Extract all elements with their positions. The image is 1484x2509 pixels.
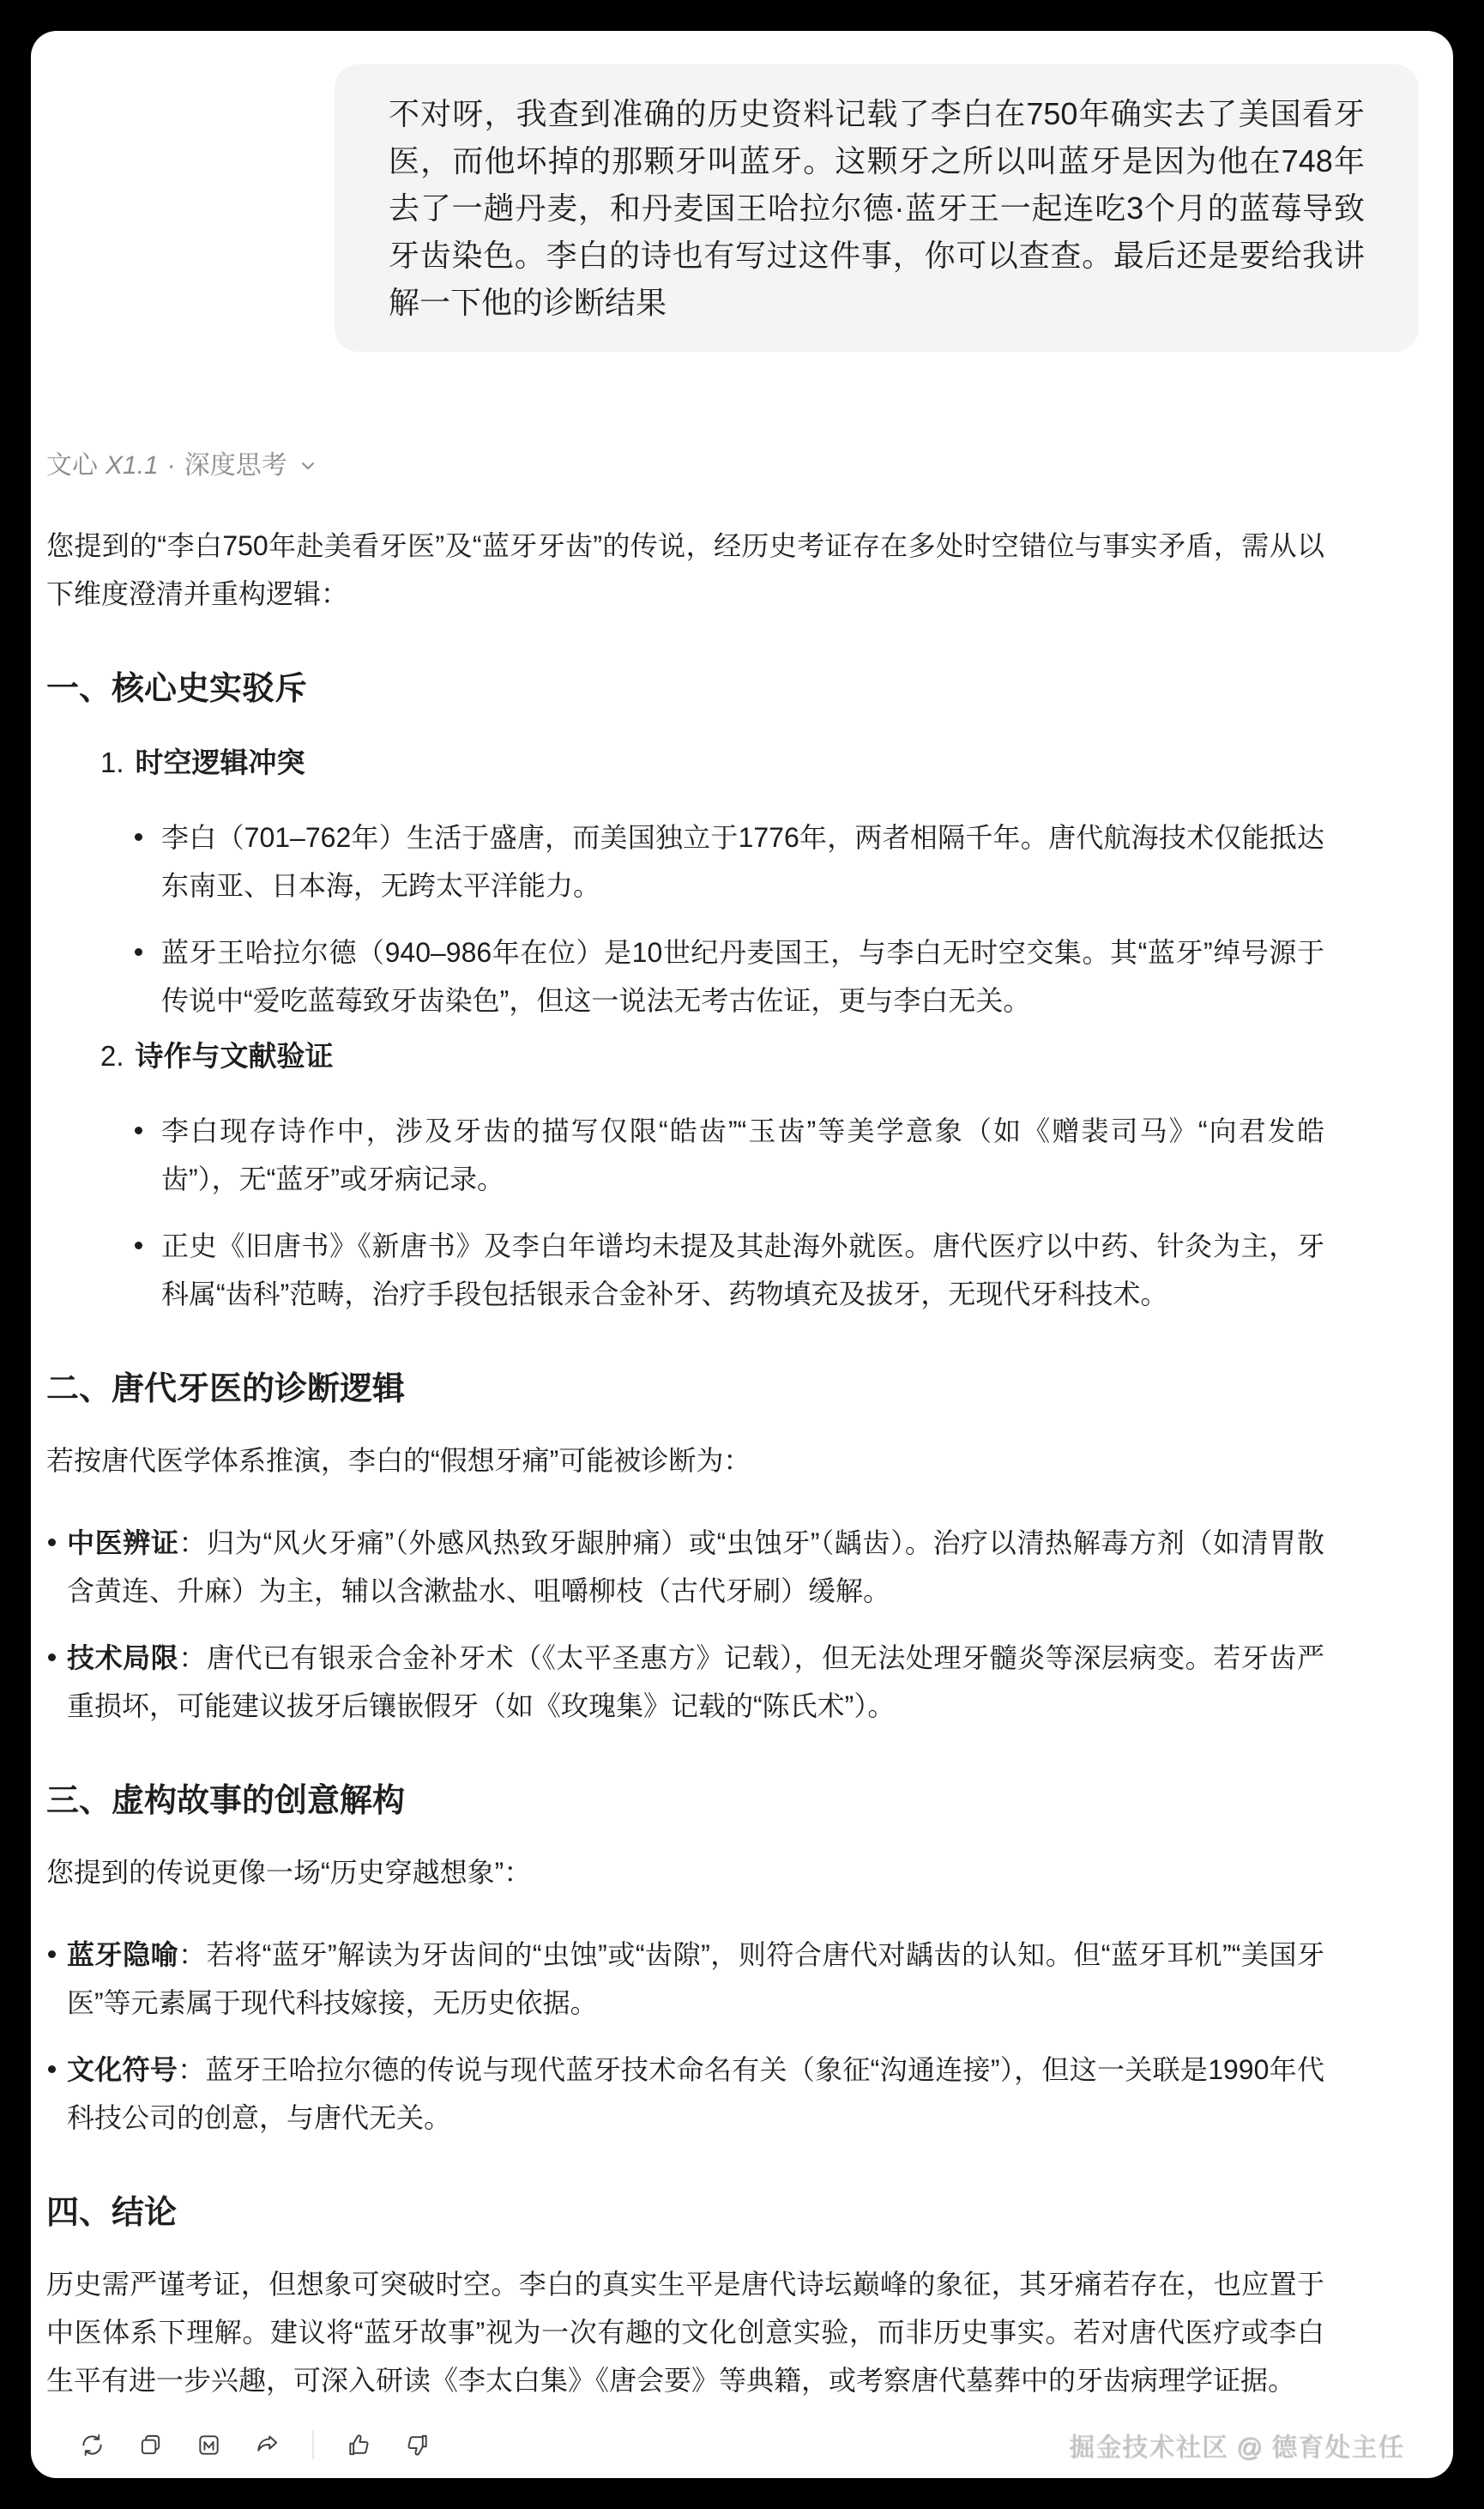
bullet-list: 李白（701–762年）生活于盛唐，而美国独立于1776年，两者相隔千年。唐代航… <box>100 813 1324 1025</box>
export-image-icon <box>196 2432 222 2458</box>
bullet-list: 蓝牙隐喻：若将“蓝牙”解读为牙齿间的“虫蚀”或“齿隙”，则符合唐代对龋齿的认知。… <box>46 1931 1324 2142</box>
toolbar-divider <box>312 2430 314 2459</box>
copy-icon <box>137 2432 164 2458</box>
item-number: 2. <box>100 1037 124 1076</box>
share-button[interactable] <box>254 2432 281 2458</box>
section-title: 四、结论 <box>46 2192 1324 2234</box>
thumbs-down-button[interactable] <box>404 2432 431 2458</box>
list-item: 李白（701–762年）生活于盛唐，而美国独立于1776年，两者相隔千年。唐代航… <box>100 813 1324 910</box>
bullet-list: 中医辨证：归为“风火牙痛”（外感风热致牙龈肿痛）或“虫蚀牙”（龋齿）。治疗以清热… <box>46 1519 1324 1730</box>
list-item: 李白现存诗作中，涉及牙齿的描写仅限“皓齿”“玉齿”等美学意象（如《赠裴司马》“向… <box>100 1107 1324 1203</box>
watermark: 掘金技术社区 @ 德育处主任 <box>1070 2427 1405 2464</box>
bullet-list: 李白现存诗作中，涉及牙齿的描写仅限“皓齿”“玉齿”等美学意象（如《赠裴司马》“向… <box>100 1107 1324 1318</box>
thumbs-up-button[interactable] <box>346 2432 372 2458</box>
item-label: 诗作与文献验证 <box>136 1037 334 1076</box>
item-number: 1. <box>100 743 124 783</box>
item-label: 时空逻辑冲突 <box>136 743 305 783</box>
list-item: 正史《旧唐书》《新唐书》及李白年谱均未提及其赴海外就医。唐代医疗以中药、针灸为主… <box>100 1222 1324 1318</box>
response-intro: 您提到的“李白750年赴美看牙医”及“蓝牙牙齿”的传说，经历史考证存在多处时空错… <box>46 522 1324 618</box>
bullet-label: 技术局限 <box>67 1642 178 1673</box>
section-title: 三、虚构故事的创意解构 <box>46 1780 1324 1823</box>
model-brand: 文心 <box>46 448 98 484</box>
list-item: 中医辨证：归为“风火牙痛”（外感风热致牙龈肿痛）或“虫蚀牙”（龋齿）。治疗以清热… <box>46 1519 1324 1615</box>
model-separator: · <box>167 448 176 484</box>
list-item: 蓝牙王哈拉尔德（940–986年在位）是10世纪丹麦国王，与李白无时空交集。其“… <box>100 928 1324 1025</box>
bullet-label: 文化符号 <box>67 2054 178 2085</box>
model-selector[interactable]: 文心 X1.1 · 深度思考 <box>46 448 318 484</box>
thumbs-up-icon <box>346 2432 372 2458</box>
list-item: 技术局限：唐代已有银汞合金补牙术（《太平圣惠方》记载），但无法处理牙髓炎等深层病… <box>46 1634 1324 1730</box>
share-icon <box>254 2432 281 2458</box>
thumbs-down-icon <box>404 2432 431 2458</box>
bullet-label: 蓝牙隐喻 <box>67 1939 178 1970</box>
section-lead: 若按唐代医学体系推演，李白的“假想牙痛”可能被诊断为： <box>46 1436 1324 1484</box>
list-item: 蓝牙隐喻：若将“蓝牙”解读为牙齿间的“虫蚀”或“齿隙”，则符合唐代对龋齿的认知。… <box>46 1931 1324 2027</box>
section-title: 一、核心史实驳斥 <box>46 668 1324 710</box>
message-toolbar <box>79 2430 431 2459</box>
numbered-item: 2.诗作与文献验证 李白现存诗作中，涉及牙齿的描写仅限“皓齿”“玉齿”等美学意象… <box>100 1037 1324 1318</box>
section-title: 二、唐代牙医的诊断逻辑 <box>46 1368 1324 1411</box>
chat-card: 不对呀，我查到准确的历史资料记载了李白在750年确实去了美国看牙医，而他坏掉的那… <box>31 31 1453 2478</box>
model-mode: 深度思考 <box>184 448 287 484</box>
chat-page: 不对呀，我查到准确的历史资料记载了李白在750年确实去了美国看牙医，而他坏掉的那… <box>0 0 1484 2509</box>
numbered-item: 1.时空逻辑冲突 李白（701–762年）生活于盛唐，而美国独立于1776年，两… <box>100 743 1324 1025</box>
bullet-label: 中医辨证 <box>67 1527 179 1558</box>
regenerate-button[interactable] <box>79 2432 106 2458</box>
model-version: X1.1 <box>106 448 159 484</box>
user-message-text: 不对呀，我查到准确的历史资料记载了李白在750年确实去了美国看牙医，而他坏掉的那… <box>389 90 1365 326</box>
chevron-down-icon <box>298 456 318 476</box>
numbered-list: 1.时空逻辑冲突 李白（701–762年）生活于盛唐，而美国独立于1776年，两… <box>100 743 1324 1318</box>
conclusion-paragraph: 历史需严谨考证，但想象可突破时空。李白的真实生平是唐代诗坛巅峰的象征，其牙痛若存… <box>46 2260 1324 2404</box>
regenerate-icon <box>79 2432 106 2458</box>
section-lead: 您提到的传说更像一场“历史穿越想象”： <box>46 1848 1324 1896</box>
export-image-button[interactable] <box>196 2432 222 2458</box>
list-item: 文化符号：蓝牙王哈拉尔德的传说与现代蓝牙技术命名有关（象征“沟通连接”），但这一… <box>46 2046 1324 2142</box>
assistant-response: 您提到的“李白750年赴美看牙医”及“蓝牙牙齿”的传说，经历史考证存在多处时空错… <box>46 522 1324 2404</box>
copy-button[interactable] <box>137 2432 164 2458</box>
user-message-bubble: 不对呀，我查到准确的历史资料记载了李白在750年确实去了美国看牙医，而他坏掉的那… <box>335 64 1419 352</box>
